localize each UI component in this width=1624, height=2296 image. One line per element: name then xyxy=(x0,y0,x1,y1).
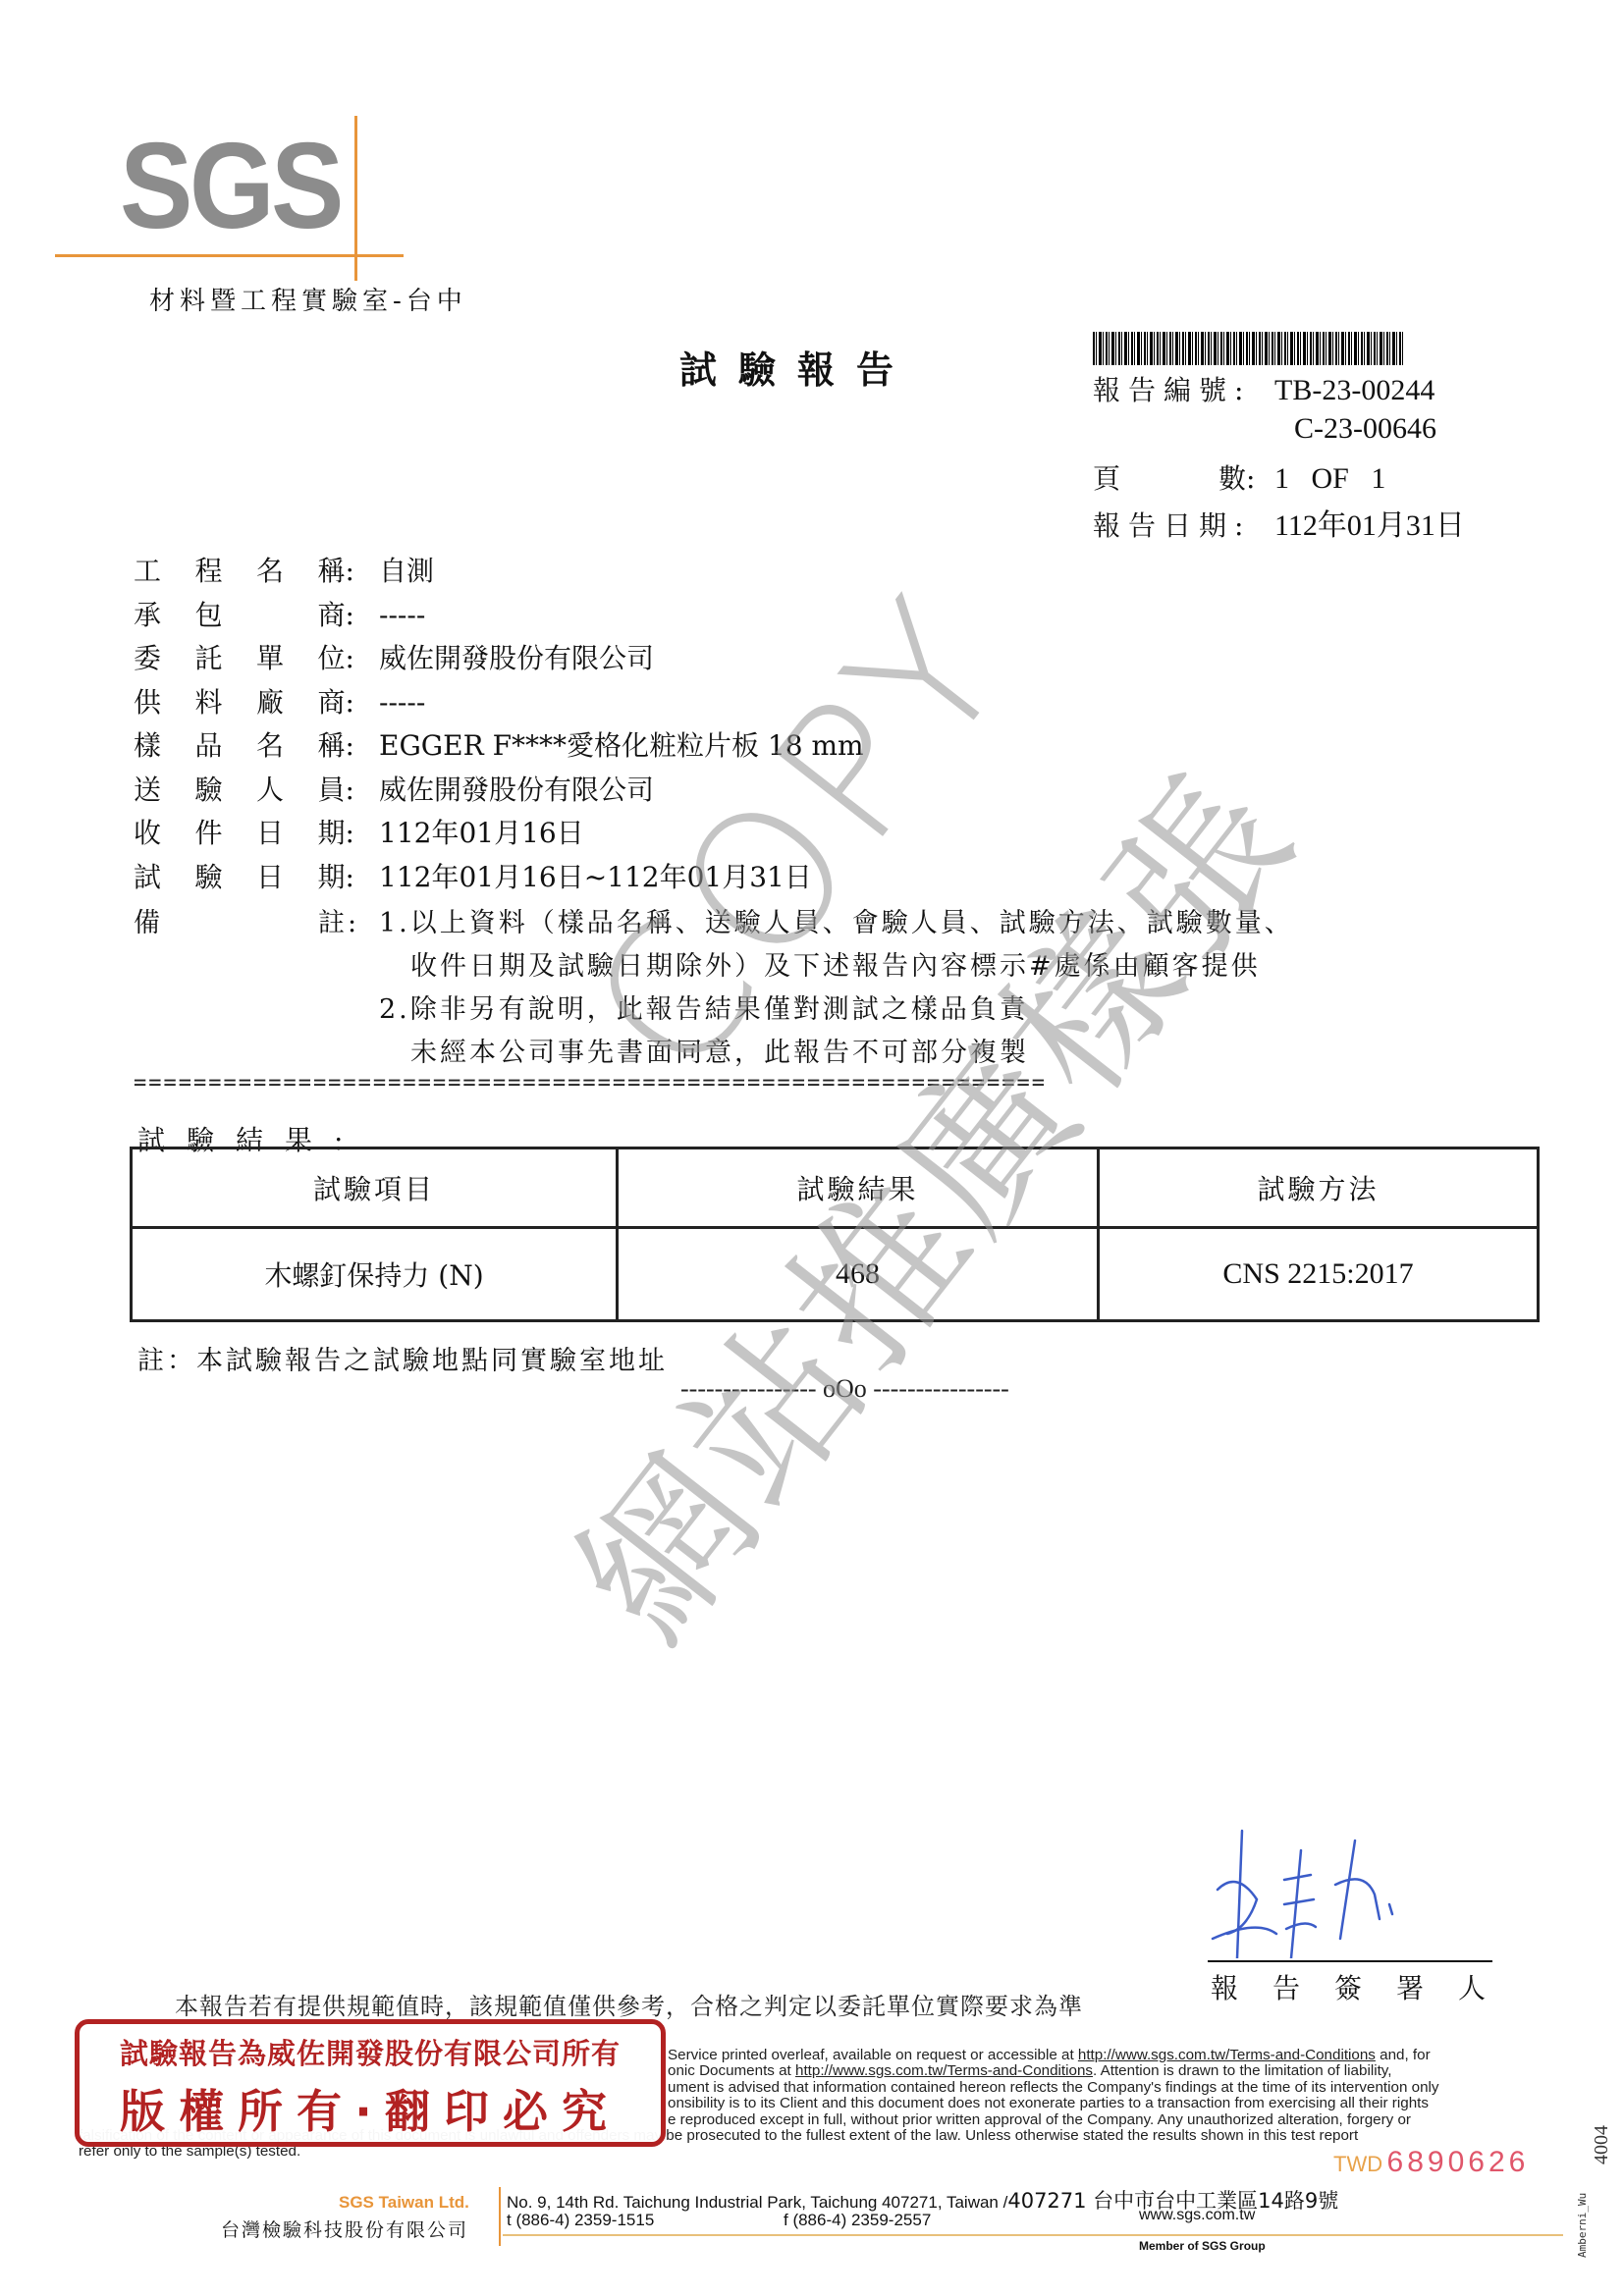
report-date-row: 報告日期:112年01月31日 xyxy=(1093,501,1465,544)
field-value: 威佐開發股份有限公司 xyxy=(379,637,654,676)
report-number-1: TB-23-00244 xyxy=(1274,374,1435,407)
field-label: 工程名稱: xyxy=(134,550,379,589)
terms-link-1[interactable]: http://www.sgs.com.tw/Terms-and-Conditio… xyxy=(1078,2047,1376,2063)
remark-line-4: 未經本公司事先書面同意，此報告不可部分複製 xyxy=(410,1031,1029,1069)
cell-method: CNS 2215:2017 xyxy=(1099,1228,1539,1321)
column-header-result: 試驗結果 xyxy=(618,1148,1099,1228)
pages-value: 1 OF 1 xyxy=(1274,462,1385,496)
remarks-label-1: 備 xyxy=(134,901,163,939)
barcode xyxy=(1093,332,1405,365)
sgs-logo: SGS xyxy=(120,126,341,247)
cell-result: 468 xyxy=(618,1228,1099,1321)
remarks-label-2: 註: xyxy=(318,901,359,939)
lab-name: 材料暨工程實驗室-台中 xyxy=(149,281,467,317)
footer-phone: t (886-4) 2359-1515 xyxy=(507,2211,654,2230)
footer-fax: f (886-4) 2359-2557 xyxy=(784,2211,931,2230)
field-label: 樣品名稱: xyxy=(134,724,379,764)
pages-label-1: 頁 xyxy=(1093,457,1218,497)
results-header-row: 試驗項目 試驗結果 試驗方法 xyxy=(132,1148,1539,1228)
field-row: 工程名稱:自測 xyxy=(134,550,434,589)
footer-divider xyxy=(499,2187,501,2246)
pages-row: 頁數:1 OF 1 xyxy=(1093,457,1385,497)
footer-company-cn: 台灣檢驗科技股份有限公司 xyxy=(221,2216,468,2242)
field-row: 樣品名稱:EGGER F****愛格化粧粒片板 18 mm xyxy=(134,724,864,764)
signatory-label: 報告簽署人 xyxy=(1211,1967,1520,2006)
field-row: 試驗日期:112年01月16日~112年01月31日 xyxy=(134,856,812,895)
side-operator-code: Amberni_Wu xyxy=(1576,2193,1589,2258)
field-label: 承包商: xyxy=(134,594,379,633)
remark-line-2: 收件日期及試驗日期除外）及下述報告內容標示#處係由顧客提供 xyxy=(410,944,1261,983)
field-row: 委託單位:威佐開發股份有限公司 xyxy=(134,637,654,676)
field-row: 收件日期:112年01月16日 xyxy=(134,812,584,851)
field-label: 送驗人員: xyxy=(134,769,379,808)
stamp-line-2: 版權所有‧翻印必究 xyxy=(80,2076,661,2141)
terms-link-2[interactable]: http://www.sgs.com.tw/Terms-and-Conditio… xyxy=(795,2062,1093,2079)
field-row: 承包商:----- xyxy=(134,594,425,633)
field-value: 112年01月16日 xyxy=(379,812,584,851)
signature-line xyxy=(1208,1960,1492,1962)
footer-website[interactable]: www.sgs.com.tw xyxy=(1139,2207,1255,2224)
field-value: 自測 xyxy=(379,550,434,589)
table-row: 木螺釘保持力 (N) 468 CNS 2215:2017 xyxy=(132,1228,1539,1321)
signature-icon xyxy=(1198,1811,1424,1958)
field-value: 112年01月16日~112年01月31日 xyxy=(379,856,812,895)
footer-rule xyxy=(503,2234,1563,2236)
field-label: 試驗日期: xyxy=(134,856,379,895)
results-table: 試驗項目 試驗結果 試驗方法 木螺釘保持力 (N) 468 CNS 2215:2… xyxy=(130,1147,1540,1322)
serial-number: TWD 6890626 xyxy=(1333,2146,1529,2179)
cell-item: 木螺釘保持力 (N) xyxy=(132,1228,618,1321)
remark-line-3: 2.除非另有說明，此報告結果僅對測試之樣品負責 xyxy=(379,988,1029,1026)
end-mark: ---------------- oOo ---------------- xyxy=(680,1374,1009,1404)
separator-line: ========================================… xyxy=(134,1077,1538,1091)
document-title: 試驗報告 xyxy=(679,340,915,394)
remark-line-1: 1.以上資料（樣品名稱、送驗人員、會驗人員、試驗方法、試驗數量、 xyxy=(379,901,1294,939)
logo-vertical-rule xyxy=(354,116,357,281)
field-value: 威佐開發股份有限公司 xyxy=(379,769,654,808)
logo-horizontal-rule xyxy=(55,254,404,257)
report-date-label: 報告日期: xyxy=(1093,505,1274,544)
field-row: 供料廠商:----- xyxy=(134,681,425,721)
pages-label-2: 數: xyxy=(1218,457,1274,497)
column-header-item: 試驗項目 xyxy=(132,1148,618,1228)
serial-value: 6890626 xyxy=(1387,2146,1530,2178)
report-number-row: 報告編號:TB-23-00244 xyxy=(1093,369,1435,408)
results-note: 註：本試驗報告之試驗地點同實驗室地址 xyxy=(137,1339,668,1377)
field-value: ----- xyxy=(379,599,425,631)
standard-note: 本報告若有提供規範值時，該規範值僅供參考，合格之判定以委託單位實際要求為準 xyxy=(175,1987,1083,2021)
field-label: 供料廠商: xyxy=(134,681,379,721)
field-label: 委託單位: xyxy=(134,637,379,676)
report-number-row-2: C-23-00646 xyxy=(1294,412,1436,446)
footer-company-en: SGS Taiwan Ltd. xyxy=(339,2193,469,2213)
serial-currency: TWD xyxy=(1333,2152,1382,2176)
report-number-2: C-23-00646 xyxy=(1294,412,1436,446)
stamp-line-1: 試驗報告為威佐開發股份有限公司所有 xyxy=(80,2032,661,2072)
field-value: EGGER F****愛格化粧粒片板 18 mm xyxy=(379,724,864,764)
footer-member: Member of SGS Group xyxy=(1139,2239,1266,2253)
report-date: 112年01月31日 xyxy=(1274,501,1465,544)
field-value: ----- xyxy=(379,686,425,719)
side-number: 4004 xyxy=(1591,2125,1613,2164)
report-number-label: 報告編號: xyxy=(1093,369,1274,408)
column-header-method: 試驗方法 xyxy=(1099,1148,1539,1228)
copyright-stamp: 試驗報告為威佐開發股份有限公司所有 版權所有‧翻印必究 xyxy=(75,2019,666,2147)
field-label: 收件日期: xyxy=(134,812,379,851)
field-row: 送驗人員:威佐開發股份有限公司 xyxy=(134,769,654,808)
